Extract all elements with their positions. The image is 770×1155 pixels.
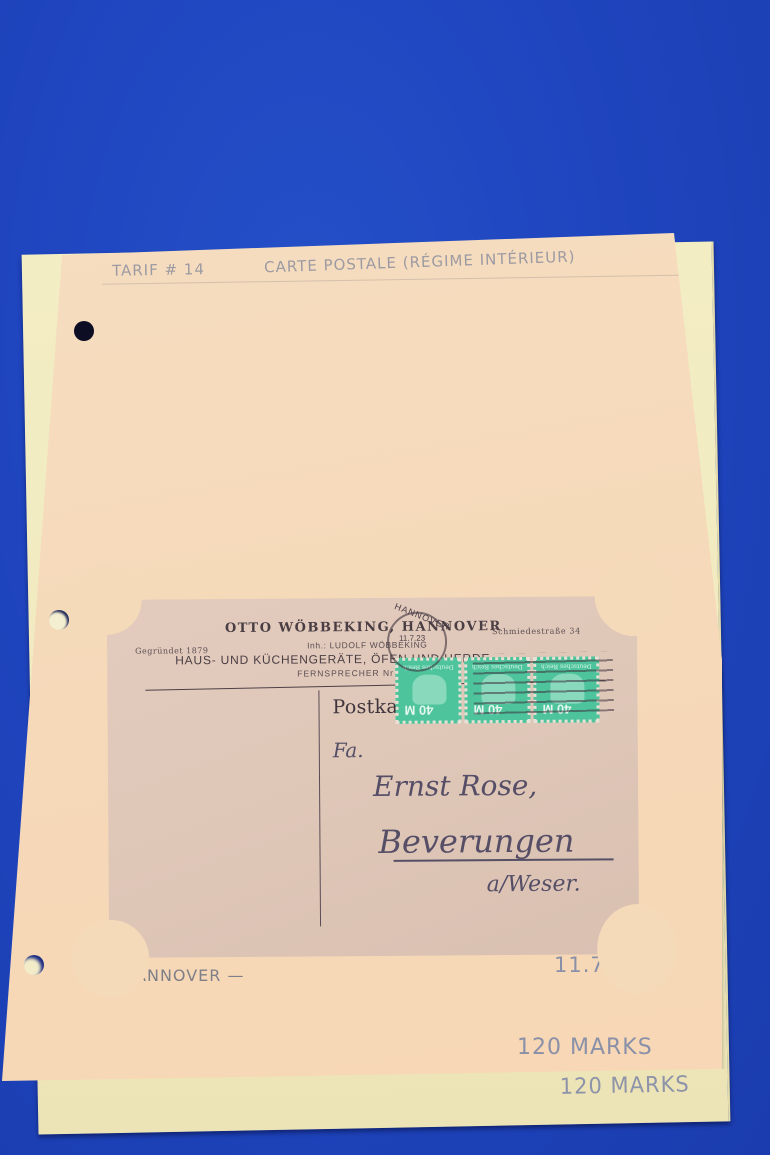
tariff-label: TARIF # 14 xyxy=(112,260,205,280)
page-heading: CARTE POSTALE (RÉGIME INTÉRIEUR) xyxy=(264,248,576,277)
stamp-denomination: 40 M xyxy=(404,703,433,718)
back-sheet-amount-note: 120 MARKS xyxy=(560,1071,690,1099)
postcard-phone: FERNSPRECHER Nr xyxy=(297,668,394,679)
postmark-city: HANNOVER xyxy=(393,601,452,632)
address-line-2: Ernst Rose, xyxy=(373,769,537,803)
address-underline xyxy=(394,858,614,861)
mount-corner-cutout xyxy=(71,920,150,999)
photo-scene: ) 120 MARKS TARIF # 14 CARTE POSTALE (RÉ… xyxy=(0,0,770,1155)
binder-hole-middle xyxy=(49,610,69,630)
postcard-divider xyxy=(318,690,321,926)
address-line-3: Beverungen xyxy=(378,822,574,861)
binder-hole-top xyxy=(74,321,94,341)
stamp-figure-icon xyxy=(412,674,446,704)
binder-hole-bottom xyxy=(24,955,44,975)
postcard: OTTO WÖBBEKING, HANNOVER Schmiedestraße … xyxy=(107,596,639,958)
address-line-4: a/Weser. xyxy=(487,872,581,898)
postcard-company: OTTO WÖBBEKING, HANNOVER xyxy=(225,619,502,636)
mount-corner-cutout xyxy=(594,556,675,637)
postmark-date: 11.7.23 xyxy=(399,634,425,643)
mount-corner-cutout xyxy=(597,904,678,995)
postcard-street: Schmiedestraße 34 xyxy=(492,627,581,637)
address-line-1: Fa. xyxy=(333,738,364,762)
postmark: HANNOVER 11.7.23 xyxy=(387,611,447,671)
mount-corner-cutout xyxy=(72,565,142,635)
machine-cancel-lines xyxy=(473,651,614,714)
amount-annotation: 120 MARKS xyxy=(517,1035,653,1060)
